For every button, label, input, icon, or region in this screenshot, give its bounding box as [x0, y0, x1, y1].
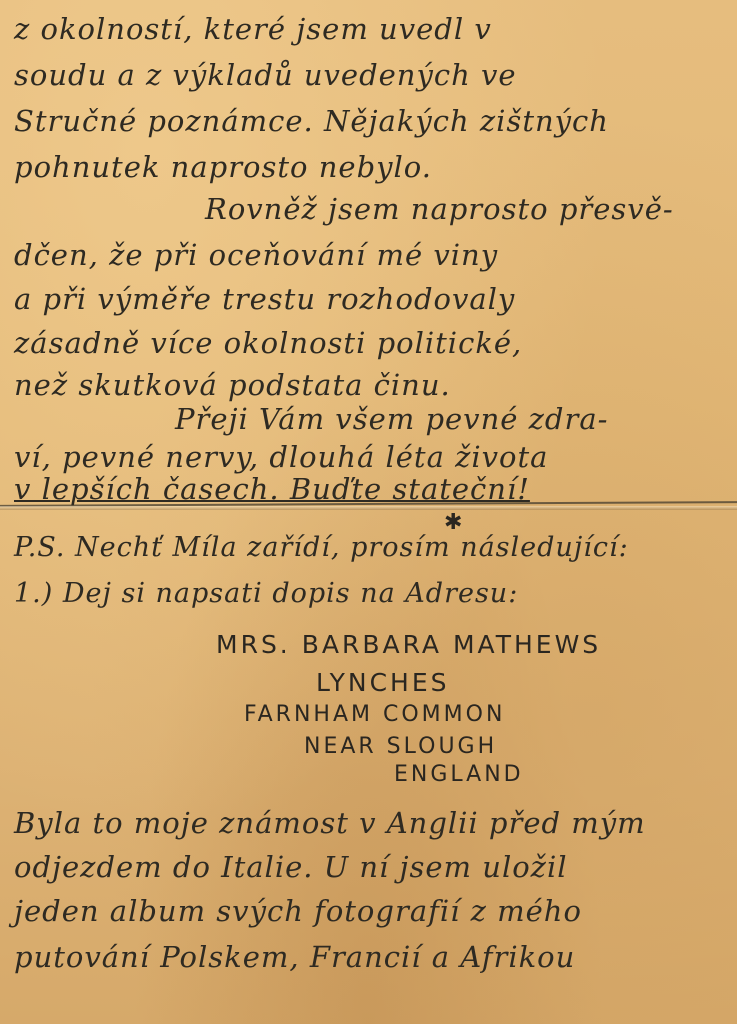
- ps-line: P.S. Nechť Míla zařídí, prosím následují…: [14, 532, 629, 563]
- address-line: FARNHAM COMMON: [244, 702, 505, 727]
- text-line: putování Polskem, Francií a Afrikou: [14, 940, 575, 974]
- text-line: zásadně více okolnosti politické,: [14, 326, 522, 360]
- text-line: z okolností, které jsem uvedl v: [14, 12, 492, 46]
- ps-line: 1.) Dej si napsati dopis na Adresu:: [14, 578, 518, 609]
- text-line: Přeji Vám všem pevné zdra-: [175, 402, 608, 436]
- text-line: než skutková podstata činu.: [14, 368, 451, 402]
- address-line: MRS. BARBARA MATHEWS: [216, 630, 601, 659]
- text-line: dčen, že při oceňování mé viny: [14, 238, 498, 272]
- text-line: soudu a z výkladů uvedených ve: [14, 58, 517, 92]
- text-line: a při výměře trestu rozhodovaly: [14, 282, 515, 316]
- text-line: Byla to moje známost v Anglii před mým: [14, 806, 646, 840]
- text-line: Rovněž jsem naprosto přesvě-: [205, 192, 674, 226]
- text-line: ví, pevné nervy, dlouhá léta života: [14, 440, 548, 474]
- text-line: Stručné poznámce. Nějakých zištných: [14, 104, 609, 138]
- letter-page: z okolností, které jsem uvedl v soudu a …: [0, 0, 737, 1024]
- text-line: jeden album svých fotografií z mého: [14, 894, 582, 928]
- text-line-underlined: v lepších časech. Buďte stateční!: [14, 472, 530, 506]
- address-line: LYNCHES: [316, 668, 450, 697]
- text-line: odjezdem do Italie. U ní jsem uložil: [14, 850, 568, 884]
- paper-fold: [0, 506, 737, 510]
- address-line: ENGLAND: [394, 762, 524, 787]
- address-line: NEAR SLOUGH: [304, 734, 497, 759]
- text-line: pohnutek naprosto nebylo.: [14, 150, 432, 184]
